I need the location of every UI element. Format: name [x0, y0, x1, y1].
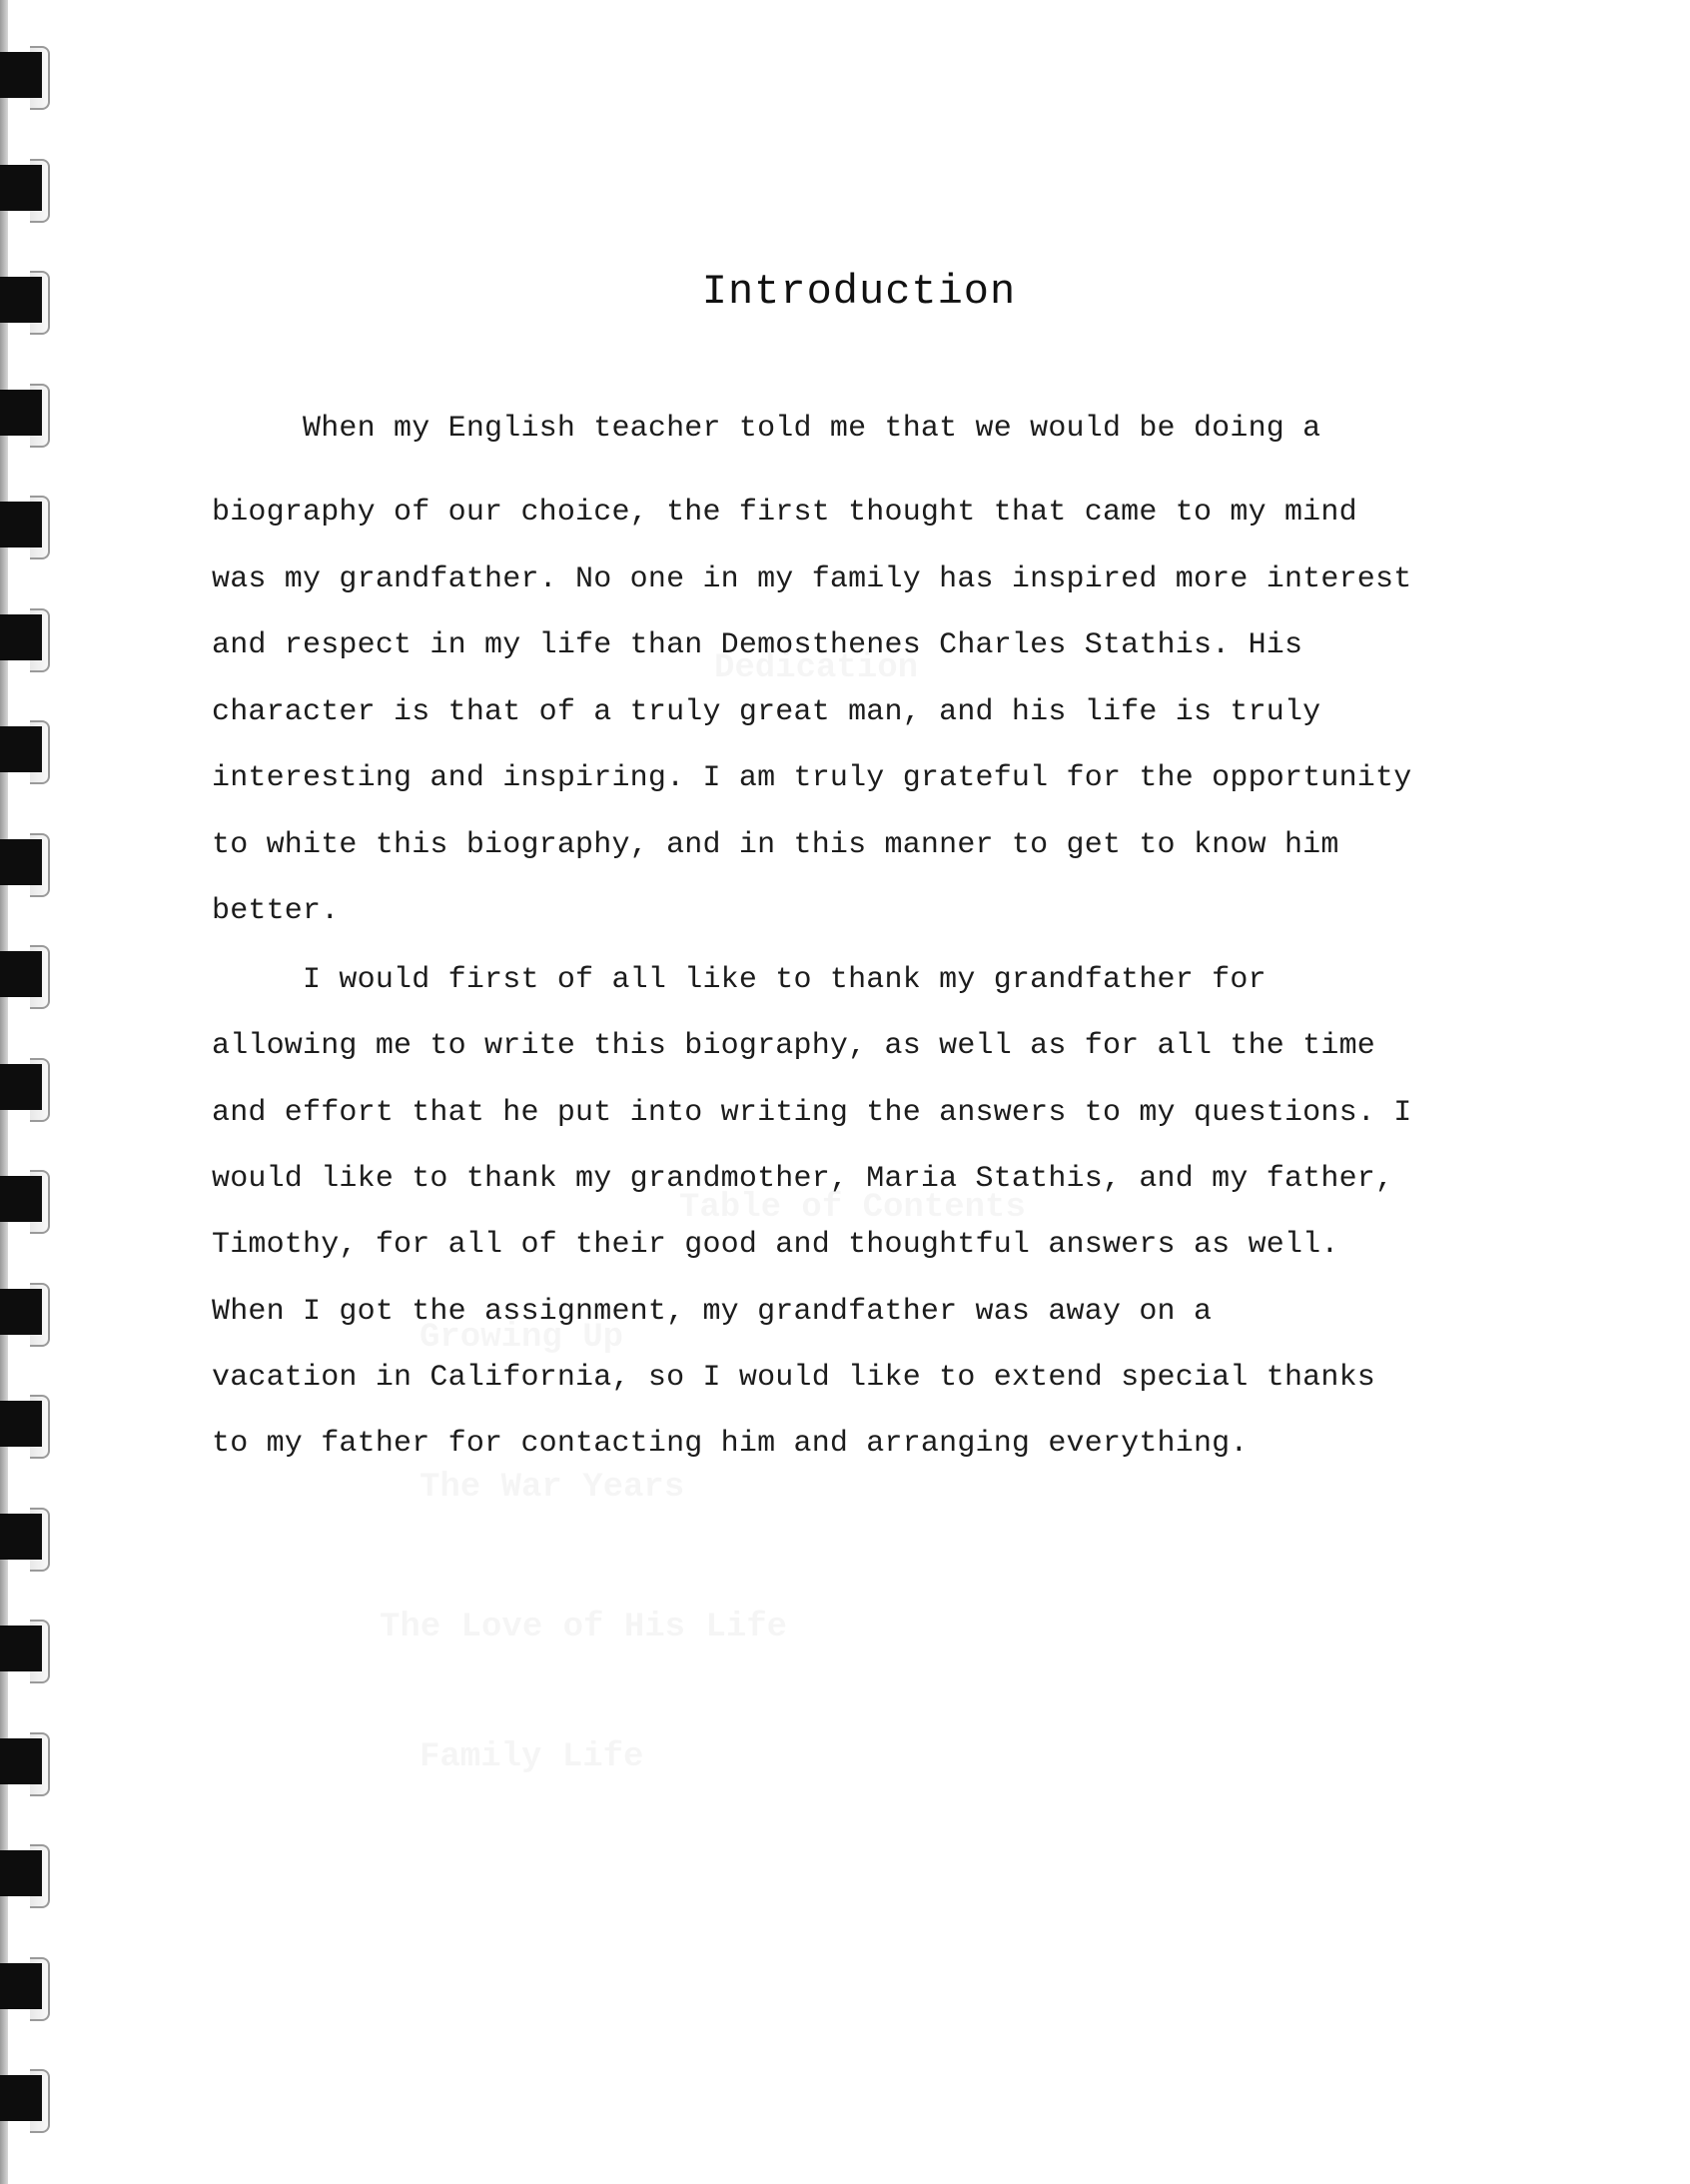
binding-ring	[0, 2069, 44, 2121]
bleed-through-line: The War Years	[420, 1469, 684, 1507]
paragraph-line: character is that of a truly great man, …	[212, 695, 1320, 729]
paragraph-line: to white this biography, and in this man…	[212, 828, 1339, 862]
binding-ring	[0, 1957, 44, 2009]
bleed-through-line: Family Life	[420, 1738, 643, 1776]
paragraph-line: and respect in my life than Demosthenes …	[212, 628, 1302, 662]
paragraph-line: was my grandfather. No one in my family …	[212, 562, 1411, 596]
binding-ring	[0, 46, 44, 98]
binding-ring	[0, 496, 44, 547]
binding-ring	[0, 1283, 44, 1335]
binding-ring	[0, 1395, 44, 1447]
binding-ring	[0, 1620, 44, 1671]
binding-ring	[0, 720, 44, 772]
paragraph-line: and effort that he put into writing the …	[212, 1096, 1411, 1130]
paragraph-line: better.	[212, 894, 339, 928]
paragraph-line: vacation in California, so I would like …	[212, 1361, 1375, 1395]
paragraph-line: allowing me to write this biography, as …	[212, 1029, 1375, 1063]
binding-ring	[0, 159, 44, 211]
paragraph-line: Timothy, for all of their good and thoug…	[212, 1228, 1339, 1262]
paragraph-line: I would first of all like to thank my gr…	[212, 963, 1267, 997]
bleed-through-line: The Love of His Life	[380, 1609, 787, 1646]
paragraph-line: would like to thank my grandmother, Mari…	[212, 1162, 1393, 1196]
binding-ring	[0, 384, 44, 436]
binding-ring	[0, 608, 44, 660]
paragraph-line: interesting and inspiring. I am truly gr…	[212, 761, 1411, 795]
binding-ring	[0, 1508, 44, 1560]
paragraph-line: to my father for contacting him and arra…	[212, 1427, 1249, 1461]
paragraph-line: When I got the assignment, my grandfathe…	[212, 1295, 1212, 1329]
binding-ring	[0, 945, 44, 997]
paragraph-line: biography of our choice, the first thoug…	[212, 496, 1357, 530]
binding-ring	[0, 1732, 44, 1784]
binding-ring	[0, 1170, 44, 1222]
binding-ring	[0, 1058, 44, 1110]
binding-ring	[0, 833, 44, 885]
binding-ring	[0, 1844, 44, 1896]
paragraph-line: When my English teacher told me that we …	[212, 412, 1320, 446]
page-title: Introduction	[0, 268, 1690, 316]
